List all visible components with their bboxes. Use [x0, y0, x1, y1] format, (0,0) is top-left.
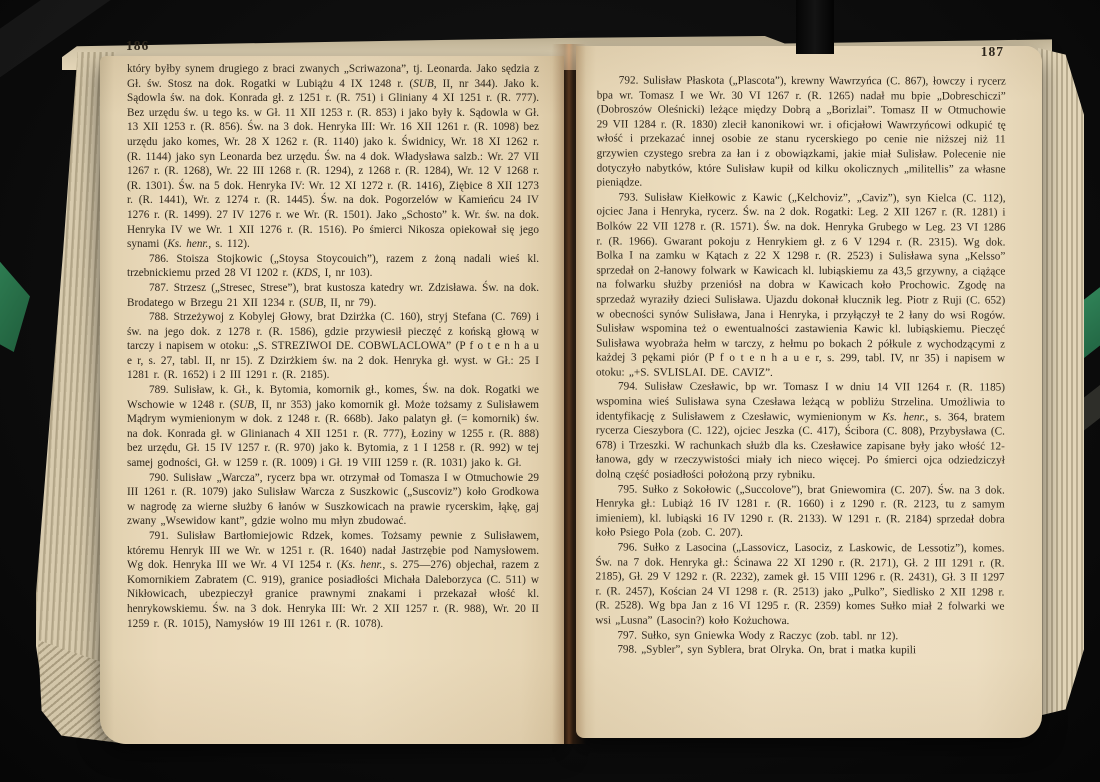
text-run: , I, nr 103).	[318, 267, 373, 279]
paragraph: 787. Strzesz („Stresec, Strese”), brat k…	[127, 281, 539, 310]
book-gutter	[552, 44, 586, 744]
text-run: 797. Sułko, syn Gniewka Wody z Raczyc (z…	[617, 629, 898, 642]
paragraph: 798. „Sybler”, syn Syblera, brat Olryka.…	[595, 643, 1004, 659]
open-book: 186 187 który byłby synem drugiego z bra…	[0, 0, 1100, 782]
italic-citation: Ks. henr.	[167, 238, 208, 250]
paragraph: 792. Sulisław Płaskota („Plascota”), kre…	[597, 73, 1006, 191]
paragraph: 786. Stoisza Stojkowic („Stoysa Stoycoui…	[127, 252, 539, 281]
paragraph: 794. Sulisław Czesławic, bp wr. Tomasz I…	[596, 380, 1005, 483]
text-run: 793. Sulisław Kiełkowic z Kawic („Kelcho…	[596, 191, 1005, 379]
paragraph: 789. Sulisław, k. Gł., k. Bytomia, komor…	[127, 383, 539, 471]
italic-citation: Ks. henr.	[882, 411, 925, 423]
text-run: 798. „Sybler”, syn Syblera, brat Olryka.…	[617, 644, 916, 657]
italic-citation: Ks. henr.	[341, 559, 383, 571]
paragraph: 793. Sulisław Kiełkowic z Kawic („Kelcho…	[596, 190, 1005, 381]
paragraph: 795. Sułko z Sokołowic („Succolove”), br…	[596, 482, 1005, 541]
text-run: 792. Sulisław Płaskota („Plascota”), kre…	[597, 75, 1006, 189]
paragraph: 791. Sulisław Bartłomiejowic Rdzek, kome…	[127, 529, 539, 631]
paragraph: który byłby synem drugiego z braci zwany…	[127, 62, 539, 252]
italic-citation: SUB	[413, 78, 434, 90]
text-run: , II, nr 344). Jako k. Sądowla św. na do…	[127, 78, 539, 251]
right-pages-stack-edge	[1038, 48, 1084, 716]
book-clamp	[796, 0, 834, 54]
right-page-text: 792. Sulisław Płaskota („Plascota”), kre…	[595, 73, 1006, 714]
text-run: 796. Sułko z Lasocina („Lassovicz, Lasoc…	[595, 542, 1004, 627]
italic-citation: SUB	[303, 297, 324, 309]
text-run: , II, nr 79).	[323, 297, 376, 309]
italic-citation: KDS	[296, 267, 317, 279]
text-run: , s. 112).	[208, 238, 249, 250]
left-page-text: który byłby synem drugiego z braci zwany…	[127, 62, 539, 712]
italic-citation: SUB	[233, 399, 254, 411]
page-number-right: 187	[981, 44, 1004, 60]
paragraph: 790. Sulisław „Warcza”, rycerz bpa wr. o…	[127, 471, 539, 529]
paragraph: 797. Sułko, syn Gniewka Wody z Raczyc (z…	[595, 628, 1004, 644]
page-number-left: 186	[126, 38, 149, 54]
paragraph: 796. Sułko z Lasocina („Lassovicz, Lasoc…	[595, 540, 1004, 629]
text-run: 790. Sulisław „Warcza”, rycerz bpa wr. o…	[127, 472, 539, 528]
text-run: 788. Strzeżywoj z Kobylej Głowy, brat Dz…	[127, 311, 539, 381]
text-run: 795. Sułko z Sokołowic („Succolove”), br…	[596, 483, 1005, 539]
paragraph: 788. Strzeżywoj z Kobylej Głowy, brat Dz…	[127, 310, 539, 383]
